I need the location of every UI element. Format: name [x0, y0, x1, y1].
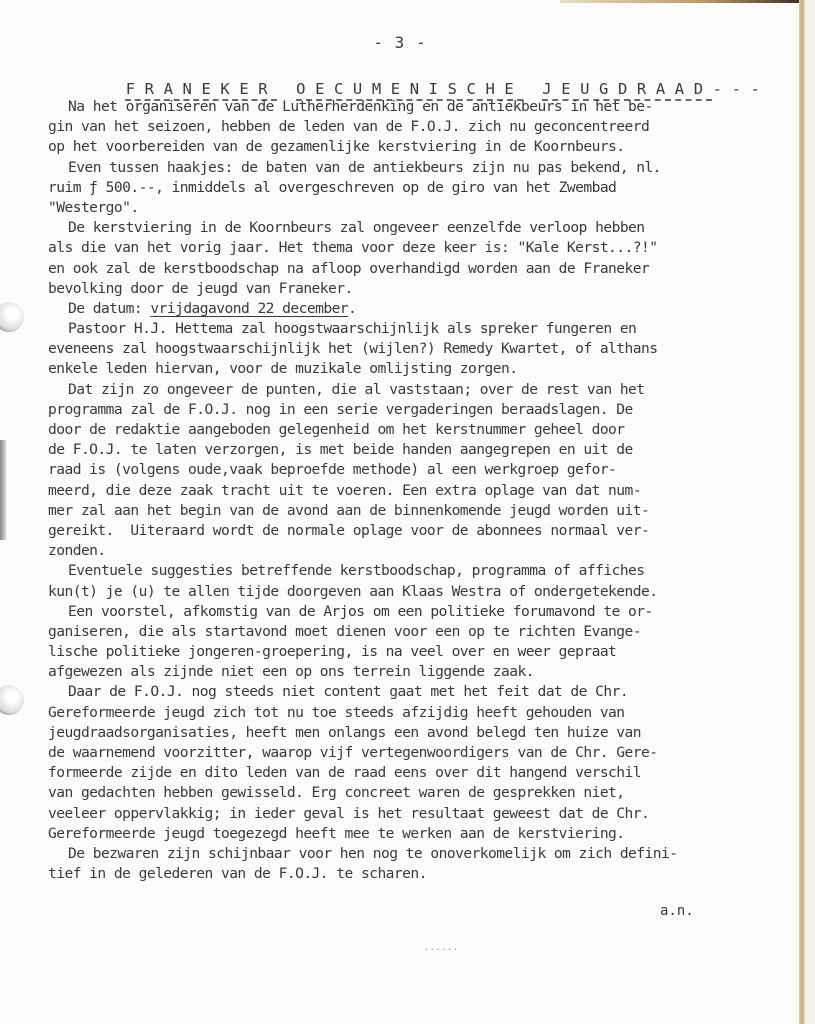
title-word: FRANEKER	[126, 80, 277, 98]
text-line: De kerstviering in de Koornbeurs zal ong…	[48, 218, 788, 238]
line-text: en ook zal de kerstboodschap na afloop o…	[48, 260, 649, 277]
text-line: van gedachten hebben gewisseld. Erg conc…	[48, 783, 788, 803]
line-text: Daar de F.O.J. nog steeds niet content g…	[68, 683, 628, 700]
text-line: eveneens zal hoogstwaarschijnlijk het (w…	[48, 339, 788, 359]
line-text: De datum:	[68, 300, 150, 317]
line-text: meerd, die deze zaak tracht uit te voere…	[48, 482, 641, 499]
text-line: en ook zal de kerstboodschap na afloop o…	[48, 259, 788, 279]
text-line: door de redaktie aangeboden gelegenheid …	[48, 420, 788, 440]
text-line: mer zal aan het begin van de avond aan d…	[48, 501, 788, 521]
line-text: Na het organiseren van de Lutherherdenki…	[68, 98, 653, 115]
line-text: De bezwaren zijn schijnbaar voor hen nog…	[68, 845, 677, 862]
line-text: bevolking door de jeugd van Franeker.	[48, 280, 353, 297]
text-line: gin van het seizoen, hebben de leden van…	[48, 117, 788, 137]
text-line: de F.O.J. te laten verzorgen, is met bei…	[48, 440, 788, 460]
line-text: gin van het seizoen, hebben de leden van…	[48, 118, 649, 135]
text-line: De bezwaren zijn schijnbaar voor hen nog…	[48, 844, 788, 864]
text-line: kun(t) je (u) te allen tijde doorgeven a…	[48, 582, 788, 602]
line-text: op het voorbereiden van de gezamenlijke …	[48, 138, 625, 155]
line-text: Pastoor H.J. Hettema zal hoogstwaarschij…	[68, 320, 636, 337]
line-text: .	[348, 300, 356, 317]
title-word: JEUGDRAAD	[542, 80, 712, 98]
line-text: De kerstviering in de Koornbeurs zal ong…	[68, 219, 645, 236]
title-word: OECUMENISCHE	[296, 80, 523, 98]
article-body: Na het organiseren van de Lutherherdenki…	[48, 97, 788, 884]
line-text: programma zal de F.O.J. nog in een serie…	[48, 401, 633, 418]
punch-hole-icon	[0, 685, 24, 715]
text-line: tief in de gelederen van de F.O.J. te sc…	[48, 864, 788, 884]
line-text: als die van het vorig jaar. Het thema vo…	[48, 239, 657, 256]
line-text: enkele leden hiervan, voor de muzikale o…	[48, 360, 517, 377]
line-text: tief in de gelederen van de F.O.J. te sc…	[48, 865, 427, 882]
line-text: Dat zijn zo ongeveer de punten, die al v…	[68, 381, 645, 398]
text-line: Gereformeerde jeugd zich tot nu toe stee…	[48, 703, 788, 723]
end-mark: ......	[424, 943, 459, 952]
page-top-border	[560, 0, 800, 3]
text-line: gereikt. Uiteraard wordt de normale opla…	[48, 521, 788, 541]
author-signature: a.n.	[660, 903, 694, 919]
text-line: Even tussen haakjes: de baten van de ant…	[48, 158, 788, 178]
document-page: - 3 - FRANEKER OECUMENISCHE JEUGDRAAD---…	[0, 0, 800, 1024]
line-text: kun(t) je (u) te allen tijde doorgeven a…	[48, 583, 657, 600]
text-line: als die van het vorig jaar. Het thema vo…	[48, 238, 788, 258]
line-text: de F.O.J. te laten verzorgen, is met bei…	[48, 441, 633, 458]
text-line: De datum: vrijdagavond 22 december.	[48, 299, 788, 319]
text-line: Daar de F.O.J. nog steeds niet content g…	[48, 682, 788, 702]
text-line: Gereformeerde jeugd toegezegd heeft mee …	[48, 824, 788, 844]
line-text: Gereformeerde jeugd zich tot nu toe stee…	[48, 704, 625, 721]
text-line: lische politieke jongeren-groepering, is…	[48, 642, 788, 662]
text-line: "Westergo".	[48, 198, 788, 218]
binder-shadow	[0, 440, 6, 540]
text-line: op het voorbereiden van de gezamenlijke …	[48, 137, 788, 157]
line-text: van gedachten hebben gewisseld. Erg conc…	[48, 784, 625, 801]
text-line: veeleer oppervlakkig; in ieder geval is …	[48, 804, 788, 824]
text-line: jeugdraadsorganisaties, heeft men onlang…	[48, 723, 788, 743]
text-line: meerd, die deze zaak tracht uit te voere…	[48, 481, 788, 501]
line-text: door de redaktie aangeboden gelegenheid …	[48, 421, 625, 438]
text-line: Een voorstel, afkomstig van de Arjos om …	[48, 602, 788, 622]
line-text: afgewezen als zijnde niet een op ons ter…	[48, 663, 534, 680]
scan-edge	[805, 0, 815, 1024]
line-text: ganiseren, die als startavond moet diene…	[48, 623, 641, 640]
text-line: zonden.	[48, 541, 788, 561]
text-line: formeerde zijde en dito leden van de raa…	[48, 763, 788, 783]
line-text: de waarnemend voorzitter, waarop vijf ve…	[48, 744, 657, 761]
line-text: zonden.	[48, 542, 106, 559]
line-text: ruim ƒ 500.--, inmiddels al overgeschrev…	[48, 179, 616, 196]
text-line: ganiseren, die als startavond moet diene…	[48, 622, 788, 642]
text-line: Eventuele suggesties betreffende kerstbo…	[48, 561, 788, 581]
line-text: Een voorstel, afkomstig van de Arjos om …	[68, 603, 653, 620]
line-text: veeleer oppervlakkig; in ieder geval is …	[48, 805, 649, 822]
line-text: lische politieke jongeren-groepering, is…	[48, 643, 616, 660]
text-line: enkele leden hiervan, voor de muzikale o…	[48, 359, 788, 379]
text-line: afgewezen als zijnde niet een op ons ter…	[48, 662, 788, 682]
line-text: formeerde zijde en dito leden van de raa…	[48, 764, 641, 781]
text-line: Dat zijn zo ongeveer de punten, die al v…	[48, 380, 788, 400]
line-text: Eventuele suggesties betreffende kerstbo…	[68, 562, 645, 579]
line-text: Even tussen haakjes: de baten van de ant…	[68, 159, 661, 176]
event-date: vrijdagavond 22 december	[150, 300, 348, 317]
text-line: raad is (volgens oude,vaak beproefde met…	[48, 460, 788, 480]
page-number: - 3 -	[0, 33, 800, 52]
text-line: Na het organiseren van de Lutherherdenki…	[48, 97, 788, 117]
line-text: eveneens zal hoogstwaarschijnlijk het (w…	[48, 340, 657, 357]
text-line: programma zal de F.O.J. nog in een serie…	[48, 400, 788, 420]
line-text: Gereformeerde jeugd toegezegd heeft mee …	[48, 825, 625, 842]
line-text: gereikt. Uiteraard wordt de normale opla…	[48, 522, 649, 539]
text-line: de waarnemend voorzitter, waarop vijf ve…	[48, 743, 788, 763]
line-text: "Westergo".	[48, 199, 139, 216]
text-line: Pastoor H.J. Hettema zal hoogstwaarschij…	[48, 319, 788, 339]
text-line: bevolking door de jeugd van Franeker.	[48, 279, 788, 299]
line-text: raad is (volgens oude,vaak beproefde met…	[48, 461, 616, 478]
line-text: mer zal aan het begin van de avond aan d…	[48, 502, 649, 519]
line-text: jeugdraadsorganisaties, heeft men onlang…	[48, 724, 641, 741]
title-trailing-dashes: ---	[713, 80, 770, 98]
punch-hole-icon	[0, 302, 24, 332]
text-line: ruim ƒ 500.--, inmiddels al overgeschrev…	[48, 178, 788, 198]
